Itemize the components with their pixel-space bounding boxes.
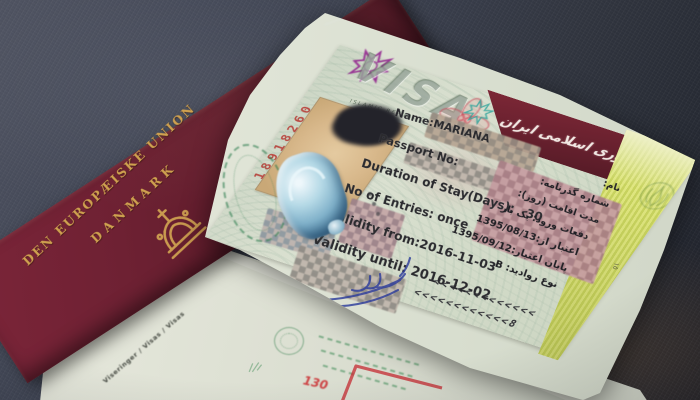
signature [292, 248, 432, 333]
perforation-dot [372, 202, 376, 206]
perforation-dot [376, 212, 380, 216]
visa-page-wrapper: 18918260 VISA ISLAMIC REPUBLIC OF IRAN ج… [0, 0, 700, 400]
sticker-page: 18918260 VISA ISLAMIC REPUBLIC OF IRAN ج… [0, 0, 700, 400]
page-corner-highlight [325, 0, 412, 25]
photo-scene: Viseringer / Visas / Visas 130 DEN EUROP… [0, 0, 700, 400]
iran-emblem-icon [630, 176, 685, 217]
perforation-dot [368, 192, 372, 196]
